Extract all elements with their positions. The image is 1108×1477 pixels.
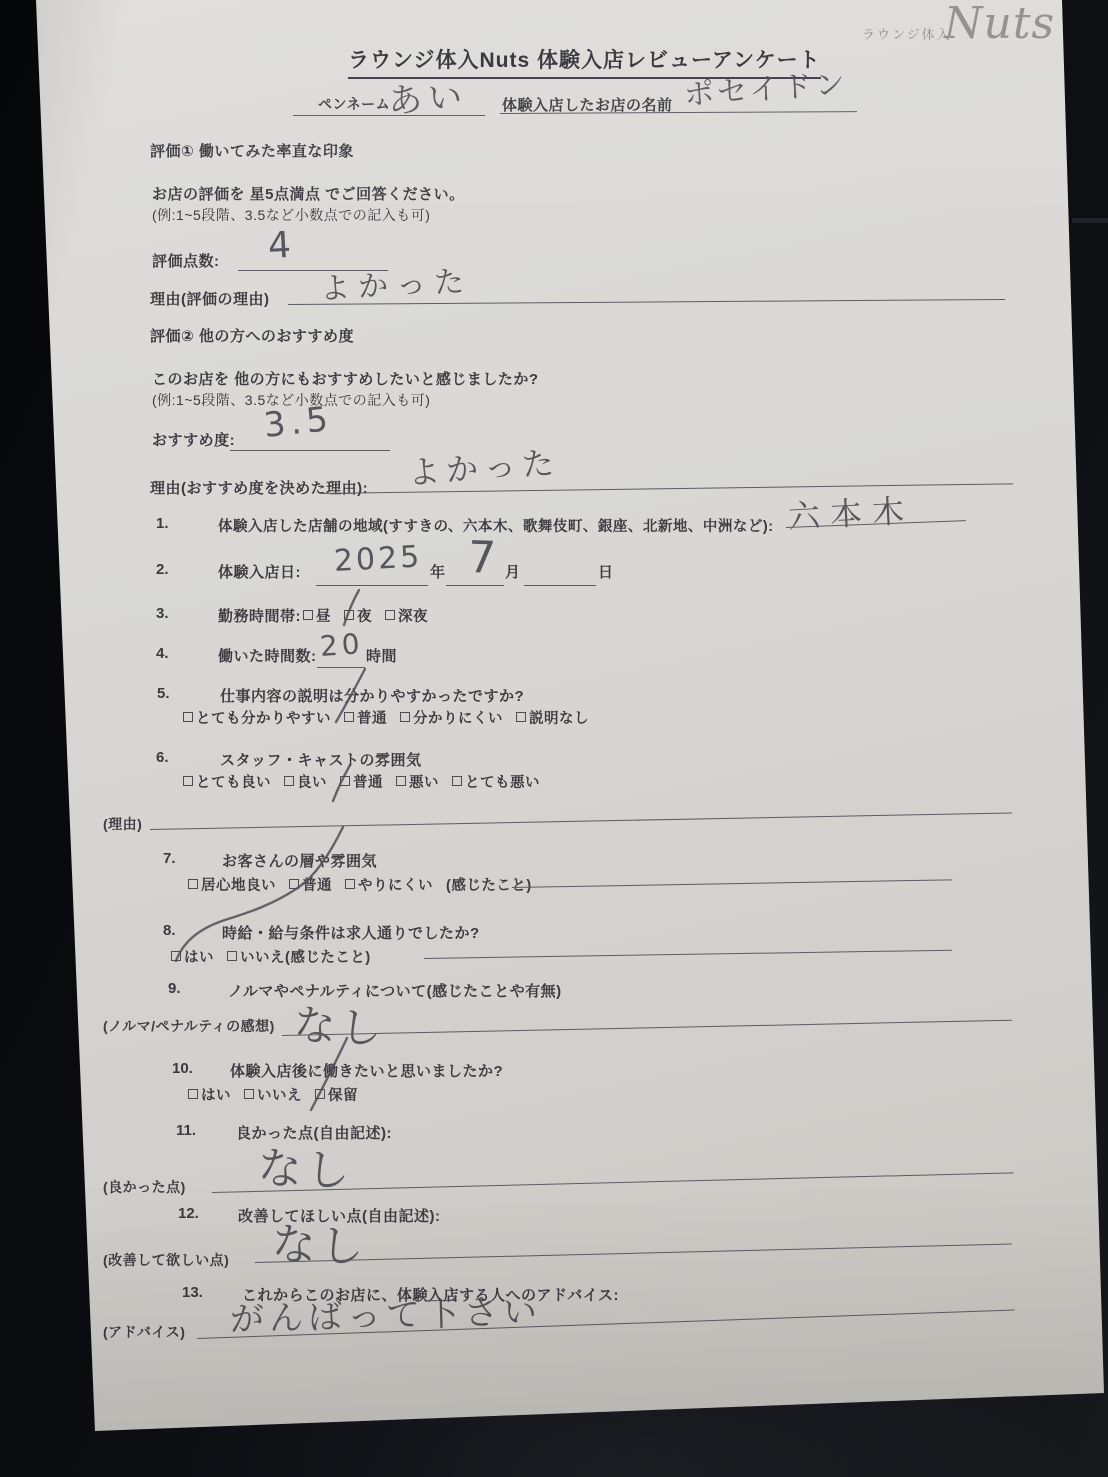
q8-option-yes: はい — [171, 946, 214, 967]
q11-line-label: (良かった点) — [103, 1177, 186, 1197]
q6-option-very-good: とても良い — [183, 771, 271, 792]
q7-note-line — [512, 879, 952, 888]
q9-line-label: (ノルマ/ペナルティの感想) — [103, 1016, 275, 1036]
q3-label: 勤務時間帯: — [218, 605, 301, 626]
q5-option-hard: 分かりにくい — [400, 707, 503, 728]
q13-line-label: (アドバイス) — [103, 1322, 185, 1342]
q5-label: 仕事内容の説明は分かりやすかったですか? — [220, 685, 524, 706]
q8-note-line — [424, 950, 952, 960]
q6-option-very-bad: とても悪い — [452, 771, 540, 792]
checkbox — [183, 776, 193, 786]
q2-day-line — [524, 585, 596, 586]
checkbox — [400, 712, 410, 722]
q8-note-label: (感じたこと) — [285, 946, 371, 967]
checkbox — [289, 879, 299, 889]
q6-reason-line — [150, 812, 1012, 830]
q7-number: 7. — [163, 850, 176, 867]
reason1-label: 理由(評価の理由) — [150, 288, 270, 309]
penname-label: ペンネーム — [318, 94, 390, 114]
checkbox — [345, 879, 355, 889]
checkbox — [171, 951, 181, 961]
q8-number: 8. — [163, 922, 176, 939]
survey-paper: ラウンジ体入 Nuts ラウンジ体入Nuts 体験入店レビューアンケート ペンネ… — [0, 0, 1108, 1477]
checkbox — [344, 712, 354, 722]
q10-number: 10. — [172, 1060, 193, 1077]
q7-option-comfortable: 居心地良い — [188, 874, 276, 895]
q13-number: 13. — [182, 1284, 203, 1301]
q1-handwritten-answer: 六本木 — [787, 485, 915, 538]
q8-option-no: いいえ(感じたこと) — [227, 946, 371, 967]
q8-options: はい いいえ(感じたこと) — [171, 946, 371, 967]
q1-number: 1. — [156, 515, 169, 532]
recommend-label: おすすめ度: — [152, 429, 235, 450]
q3-option-latenight: 深夜 — [385, 605, 428, 626]
q2-year-handwritten: 2025 — [333, 539, 423, 579]
q6-option-good: 良い — [284, 771, 327, 792]
photo-background: ラウンジ体入 Nuts ラウンジ体入Nuts 体験入店レビューアンケート ペンネ… — [0, 0, 1108, 1477]
q6-option-bad: 悪い — [396, 771, 439, 792]
q2-label: 体験入店日: — [218, 561, 301, 582]
q9-number: 9. — [168, 980, 181, 997]
q4-unit: 時間 — [366, 645, 397, 666]
q12-line-label: (改善して欲しい点) — [103, 1250, 229, 1270]
checkbox — [183, 712, 193, 722]
q3-option-day: 昼 — [303, 605, 331, 626]
q10-options: はい いいえ 保留 — [188, 1084, 358, 1105]
score-handwritten-value: 4 — [267, 225, 292, 267]
checkbox — [452, 776, 462, 786]
checkbox — [303, 610, 313, 620]
checkbox — [385, 610, 395, 620]
checkbox — [244, 1089, 254, 1099]
q8-label: 時給・給与条件は求人通りでしたか? — [222, 922, 480, 943]
q4-label: 働いた時間数: — [218, 645, 317, 666]
q6-reason-label: (理由) — [103, 814, 142, 834]
reason2-handwritten-value: よかった — [406, 437, 561, 493]
q7-note-label: (感じたこと) — [446, 874, 532, 895]
q4-handwritten-answer: 20 — [319, 627, 365, 663]
q2-number: 2. — [156, 561, 169, 578]
section2-heading: 評価② 他の方へのおすすめ度 — [150, 325, 354, 346]
q6-option-normal: 普通 — [340, 771, 383, 792]
q10-label: 体験入店後に働きたいと思いましたか? — [230, 1060, 503, 1081]
q10-option-yes: はい — [188, 1084, 231, 1105]
q7-option-normal: 普通 — [289, 874, 332, 895]
checkbox — [396, 776, 406, 786]
section1-heading: 評価① 働いてみた率直な印象 — [150, 140, 354, 161]
checkbox — [188, 879, 198, 889]
q10-option-hold: 保留 — [315, 1084, 358, 1105]
q3-number: 3. — [156, 605, 169, 622]
q12-handwritten-value: なし — [271, 1208, 369, 1275]
q3-options: 昼 夜 深夜 — [303, 605, 428, 626]
reason2-label: 理由(おすすめ度を決めた理由): — [150, 477, 368, 498]
q3-option-night: 夜 — [344, 605, 372, 626]
score-label: 評価点数: — [152, 250, 220, 271]
q9-blank-line — [282, 1020, 1012, 1037]
q7-label: お客さんの層や雰囲気 — [222, 850, 377, 871]
q9-label: ノルマやペナルティについて(感じたことや有無) — [228, 980, 562, 1001]
logo-prefix-text: ラウンジ体入 — [862, 24, 952, 43]
q11-number: 11. — [176, 1122, 196, 1139]
recommend-blank-line — [230, 450, 390, 451]
q5-number: 5. — [157, 685, 170, 702]
q2-year-unit: 年 — [430, 561, 446, 582]
q10-option-no: いいえ — [244, 1084, 302, 1105]
penname-blank-line — [293, 115, 485, 116]
q6-number: 6. — [156, 749, 169, 766]
q2-month-handwritten: 7 — [467, 532, 497, 584]
reason1-handwritten-value: よかった — [319, 256, 473, 308]
checkbox — [227, 951, 237, 961]
section1-example: (例:1~5段階、3.5など小数点での記入も可) — [152, 205, 430, 225]
checkbox — [188, 1089, 198, 1099]
q5-option-very-clear: とても分かりやすい — [183, 707, 331, 728]
recommend-handwritten-value: 3.5 — [262, 399, 335, 446]
checkbox — [344, 610, 354, 620]
checkbox — [516, 712, 526, 722]
checkbox — [315, 1089, 325, 1099]
checkbox — [340, 776, 350, 786]
q5-options: とても分かりやすい 普通 分かりにくい 説明なし — [183, 707, 589, 728]
q2-year-line — [316, 585, 428, 586]
section1-instruction: お店の評価を 星5点満点 でご回答ください。 — [152, 183, 465, 204]
q6-options: とても良い 良い 普通 悪い とても悪い — [183, 771, 540, 792]
q4-number: 4. — [156, 645, 169, 662]
q4-blank-line — [317, 667, 365, 668]
section2-instruction: このお店を 他の方にもおすすめしたいと感じましたか? — [152, 368, 538, 389]
checkbox — [284, 776, 294, 786]
q7-option-difficult: やりにくい — [345, 874, 433, 895]
q7-options: 居心地良い 普通 やりにくい (感じたこと) — [188, 874, 532, 895]
nuts-logo-icon: Nuts — [944, 0, 1055, 49]
q5-option-normal: 普通 — [344, 707, 387, 728]
q6-label: スタッフ・キャストの雰囲気 — [220, 749, 422, 770]
table-edge-line — [1072, 218, 1108, 223]
q5-option-none: 説明なし — [516, 707, 589, 728]
q2-month-line — [446, 585, 504, 586]
q2-day-unit: 日 — [598, 561, 614, 582]
q9-handwritten-value: なし — [292, 992, 387, 1057]
q12-number: 12. — [178, 1205, 199, 1222]
q12-blank-line — [255, 1244, 1012, 1264]
q2-month-unit: 月 — [505, 561, 521, 582]
